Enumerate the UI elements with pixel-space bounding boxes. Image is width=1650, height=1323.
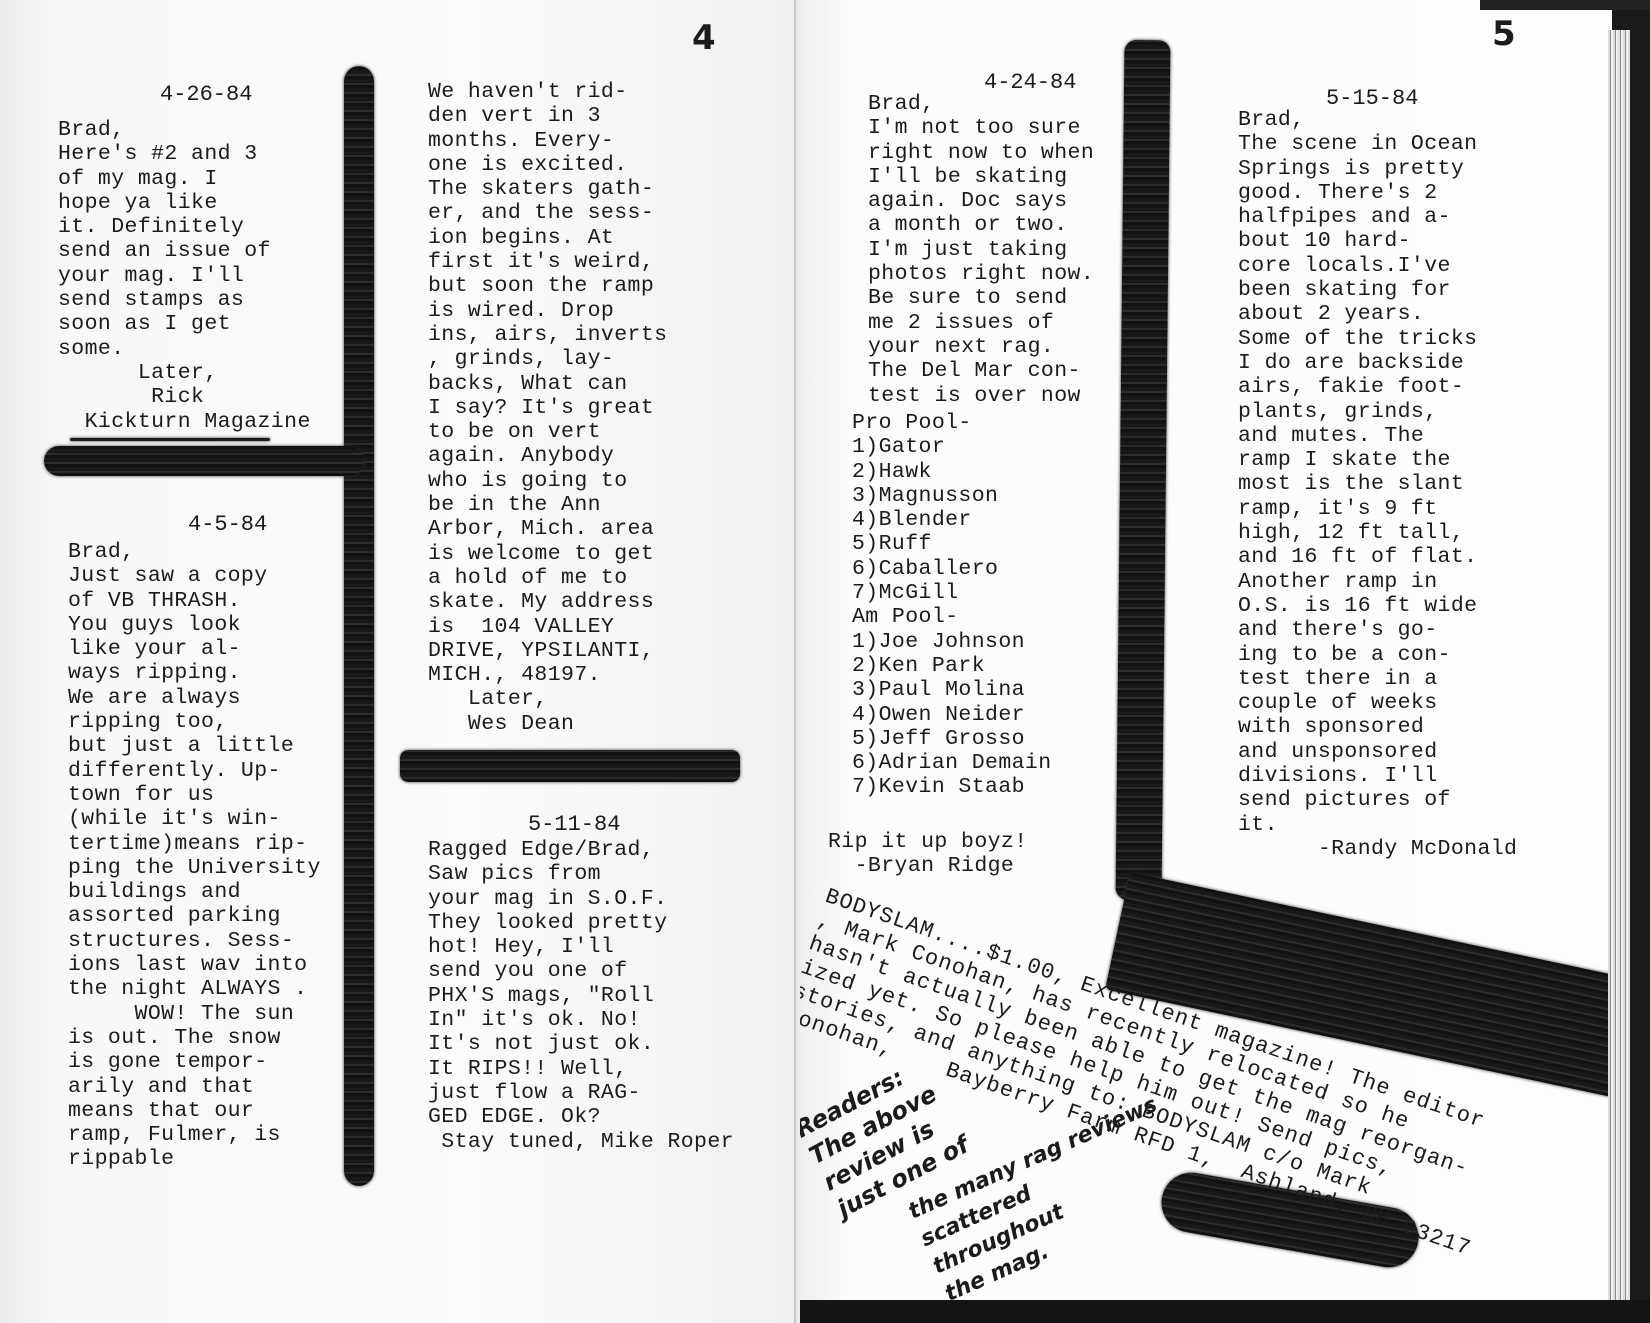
letter-signoff: Rip it up boyz! -Bryan Ridge bbox=[828, 830, 1028, 879]
letter-body: Brad, I'm not too sure right now to when… bbox=[868, 92, 1094, 408]
letter-body: Brad, The scene in Ocean Springs is pret… bbox=[1238, 108, 1517, 861]
horizontal-ink-divider-right bbox=[400, 750, 740, 782]
horizontal-ink-divider-left bbox=[44, 446, 364, 476]
letter-body: We haven't rid- den vert in 3 months. Ev… bbox=[428, 80, 667, 736]
vertical-ink-divider bbox=[1115, 40, 1170, 900]
letter-date: 4-26-84 bbox=[160, 82, 252, 107]
letter-body: Ragged Edge/Brad, Saw pics from your mag… bbox=[428, 838, 734, 1154]
right-page: 5 4-24-84 Brad, I'm not too sure right n… bbox=[800, 0, 1612, 1300]
letter-body: Brad, Just saw a copy of VB THRASH. You … bbox=[68, 540, 321, 1172]
shadow bbox=[1480, 0, 1650, 10]
page-number-left: 4 bbox=[692, 18, 716, 58]
contest-results: Pro Pool- 1)Gator 2)Hawk 3)Magnusson 4)B… bbox=[852, 411, 1052, 800]
shadow bbox=[800, 1300, 1650, 1323]
letter-date: 4-5-84 bbox=[188, 512, 267, 537]
letter-date: 5-11-84 bbox=[528, 812, 620, 837]
letter-body: Brad, Here's #2 and 3 of my mag. I hope … bbox=[58, 118, 311, 434]
page-edges bbox=[1608, 30, 1630, 1300]
thin-ink-line bbox=[70, 438, 270, 441]
left-page: 4 4-26-84 Brad, Here's #2 and 3 of my ma… bbox=[0, 0, 798, 1323]
page-number-right: 5 bbox=[1492, 14, 1516, 54]
vertical-ink-divider bbox=[344, 66, 374, 1186]
